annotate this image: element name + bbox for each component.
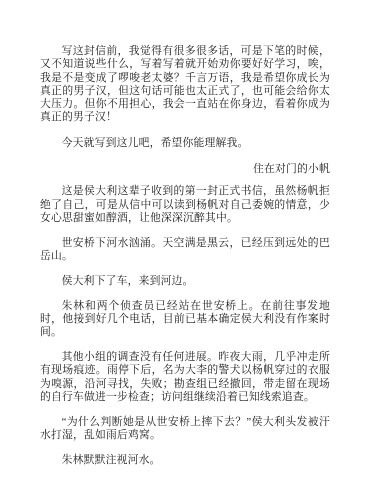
- ebook-page: 写这封信前，我觉得有很多很多话，可是下笔的时候，又不知道说些什么，写着写着就开始…: [0, 0, 370, 480]
- letter-closing-paragraph: 今天就写到这儿吧，希望你能理解我。: [40, 137, 330, 150]
- story-paragraph: 这是侯大利这辈子收到的第一封正式书信，虽然杨帆拒绝了自己，可是从信中可以读到杨帆…: [40, 185, 330, 225]
- story-paragraph: 朱林和两个侦查员已经站在世安桥上。在前往事发地时，他接到好几个电话，目前已基本确…: [40, 300, 330, 340]
- story-paragraph: “为什么判断她是从世安桥上摔下去？”侯大利头发被汗水打湿，乱如雨后鸡窝。: [40, 416, 330, 443]
- story-paragraph: 其他小组的调查没有任何进展。昨夜大雨，几乎冲走所有现场痕迹。雨停下后，名为大李的…: [40, 351, 330, 404]
- story-section: 这是侯大利这辈子收到的第一封正式书信，虽然杨帆拒绝了自己，可是从信中可以读到杨帆…: [40, 185, 330, 467]
- letter-signature: 住在对门的小帆: [40, 163, 330, 176]
- story-paragraph: 朱林默默注视河水。: [40, 454, 330, 467]
- letter-paragraph: 写这封信前，我觉得有很多很多话，可是下笔的时候，又不知道说些什么，写着写着就开始…: [40, 45, 330, 125]
- letter-section: 写这封信前，我觉得有很多很多话，可是下笔的时候，又不知道说些什么，写着写着就开始…: [40, 45, 330, 176]
- story-paragraph: 侯大利下了车，来到河边。: [40, 275, 330, 288]
- story-paragraph: 世安桥下河水汹涌。天空满是黑云，已经压到远处的巴岳山。: [40, 237, 330, 264]
